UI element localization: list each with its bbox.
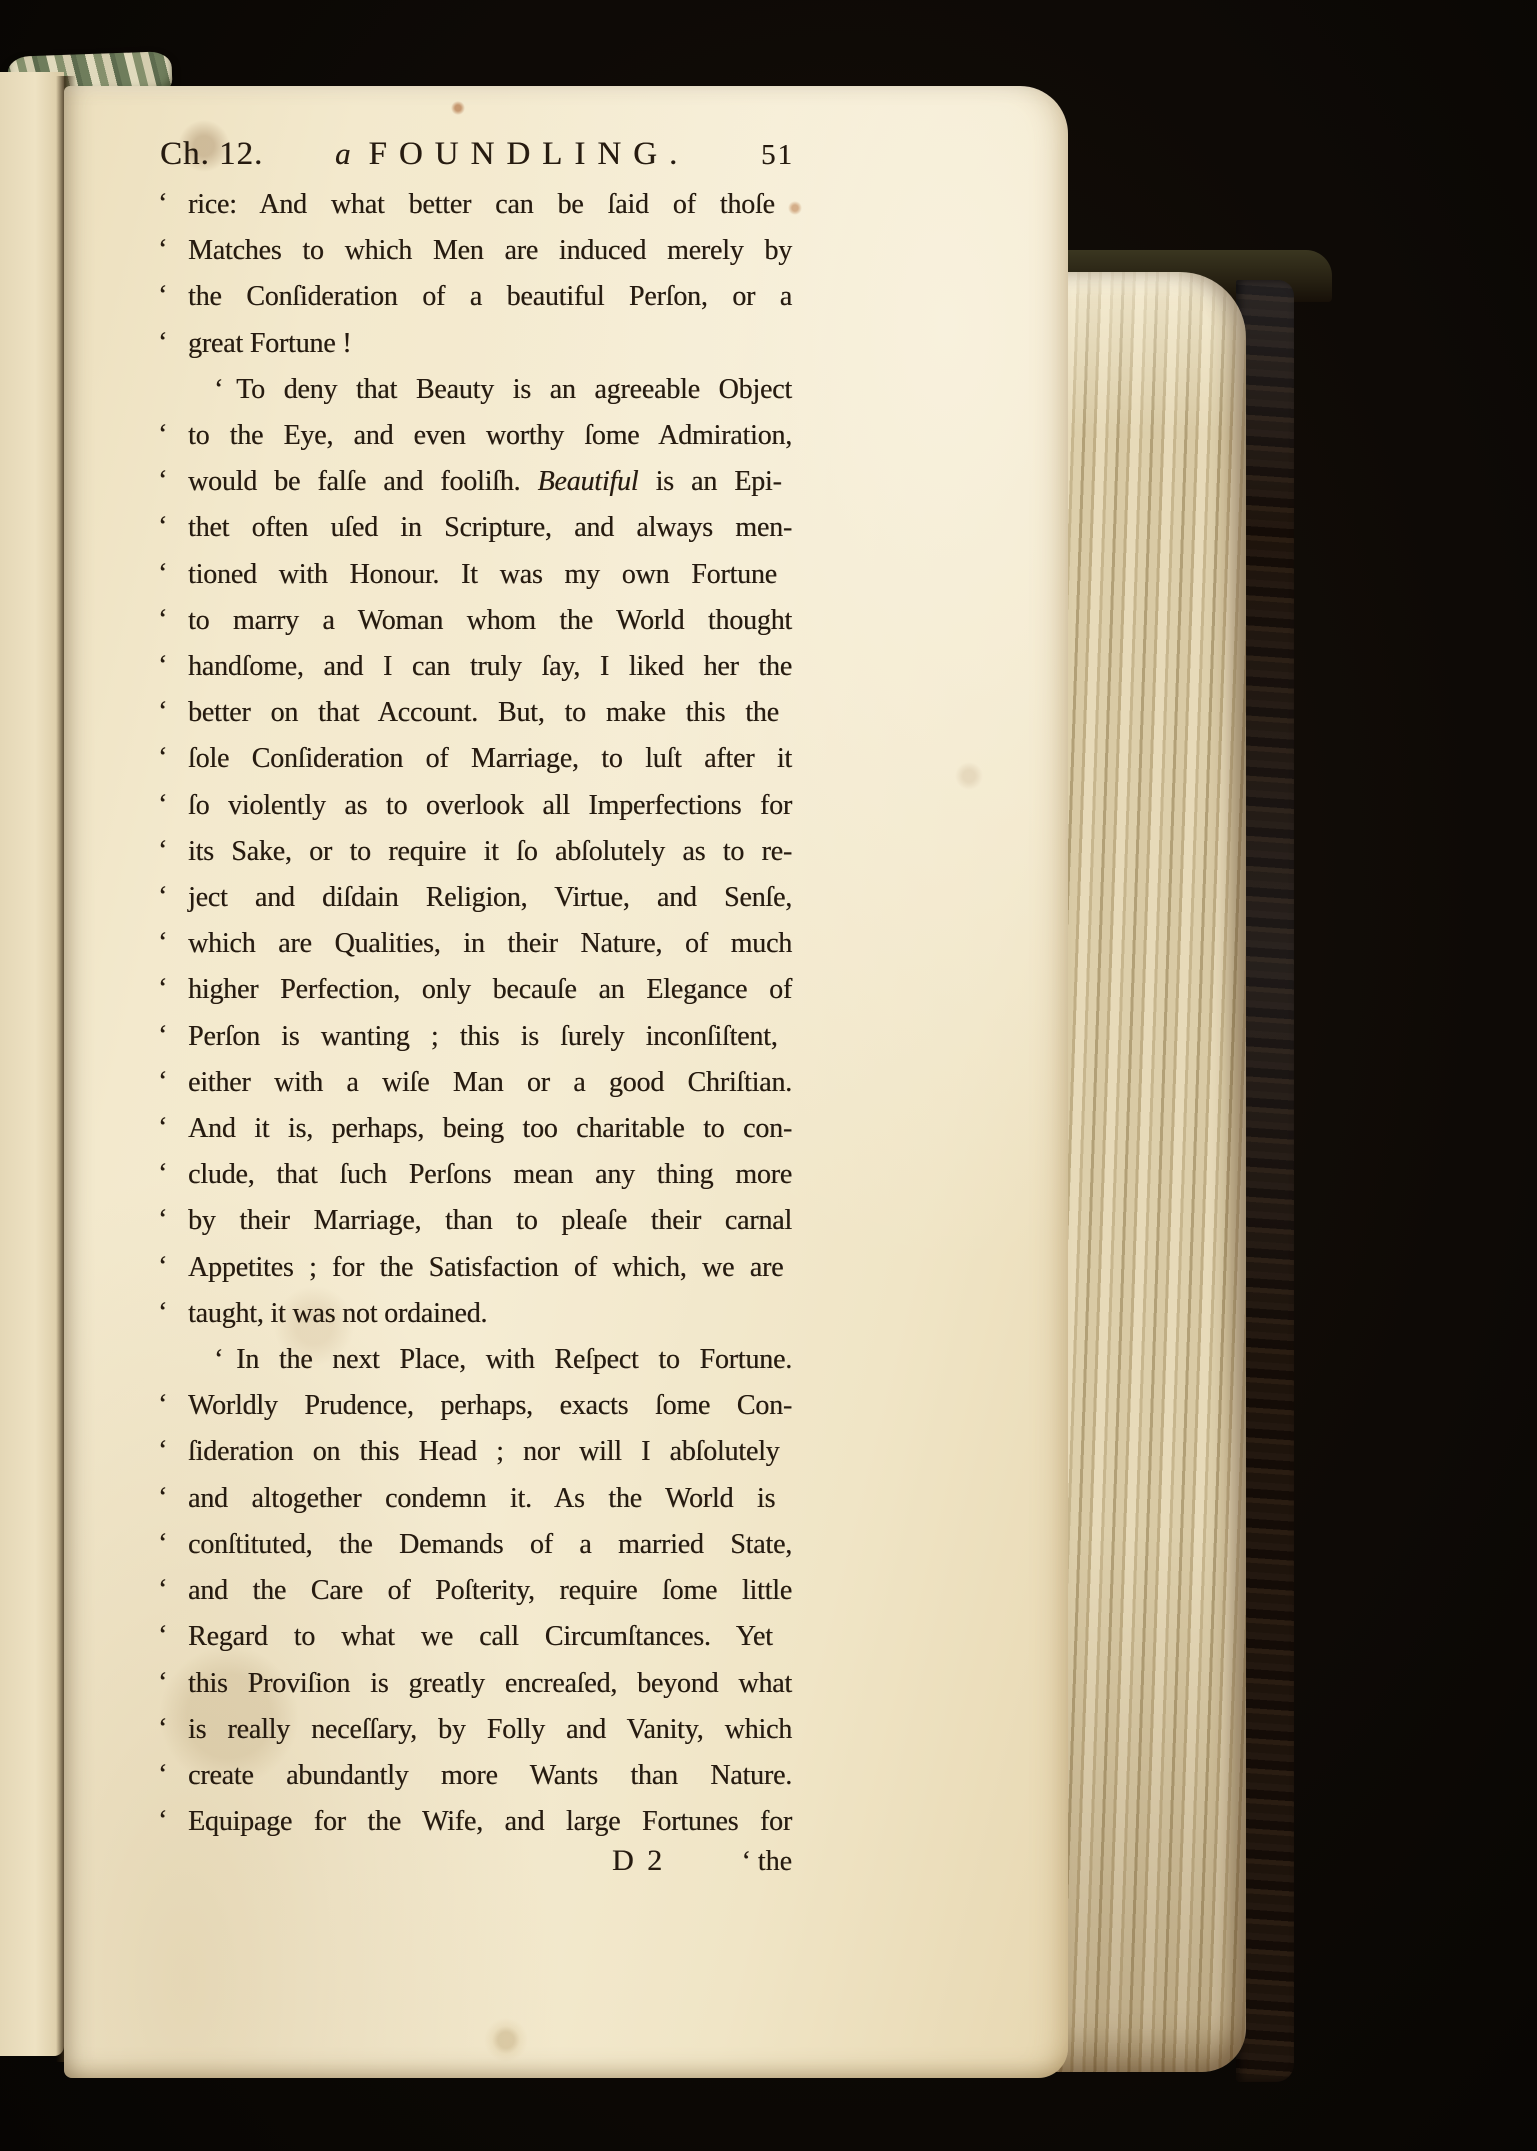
text-line-content: either with a wiſe Man or a good Chriſti… [188, 1067, 792, 1098]
text-line: ‘and the Care of Poſterity, require ſome… [188, 1568, 792, 1614]
text-line: ‘In the next Place, with Reſpect to Fort… [188, 1337, 792, 1383]
text-line: ‘ject and diſdain Religion, Virtue, and … [188, 875, 792, 921]
quote-mark: ‘ [158, 504, 167, 550]
text-line-content: to the Eye, and even worthy ſome Admirat… [188, 420, 792, 451]
catchword: ‘ the [741, 1846, 792, 1878]
text-line-content: taught, it was not ordained. [188, 1298, 487, 1329]
quote-mark: ‘ [158, 735, 167, 781]
quote-mark: ‘ [158, 458, 167, 504]
quote-mark: ‘ [158, 320, 167, 366]
facing-page-sliver [0, 72, 64, 2056]
text-line: ‘ſideration on this Head ; nor will I ab… [188, 1429, 792, 1475]
running-title-prefix: a [335, 136, 351, 171]
text-line: ‘clude, that ſuch Perſons mean any thing… [188, 1152, 792, 1198]
text-line: ‘Equipage for the Wife, and large Fortun… [188, 1799, 792, 1845]
text-line-content: great Fortune ! [188, 328, 351, 359]
quote-mark: ‘ [158, 1290, 167, 1336]
text-line-content: rice: And what better can be ſaid of tho… [188, 189, 775, 220]
running-title-caps: FOUNDLING. [369, 136, 690, 172]
text-line-content: and altogether condemn it. As the World … [188, 1483, 775, 1514]
text-line-content: its Sake, or to require it ſo abſolutely… [188, 836, 792, 867]
quote-mark: ‘ [158, 1613, 167, 1659]
text-line-content: Worldly Prudence, perhaps, exacts ſome C… [188, 1390, 792, 1421]
text-line-content: Perſon is wanting ; this is ſurely incon… [188, 1021, 778, 1052]
text-line-content: to marry a Woman whom the World thought [188, 605, 792, 636]
text-line: ‘its Sake, or to require it ſo abſolutel… [188, 829, 792, 875]
text-line-content: this Proviſion is greatly encreaſed, bey… [188, 1668, 792, 1699]
text-line-content: clude, that ſuch Perſons mean any thing … [188, 1159, 792, 1190]
text-line: ‘would be falſe and fooliſh. Beautiful i… [188, 459, 792, 505]
text-line-content: and the Care of Poſterity, require ſome … [188, 1575, 792, 1606]
text-line-content: would be falſe and fooliſh. Beautiful is… [188, 466, 782, 497]
text-line: ‘rice: And what better can be ſaid of th… [188, 182, 792, 228]
quote-mark: ‘ [158, 1382, 167, 1428]
text-line: ‘by their Marriage, than to pleaſe their… [188, 1198, 792, 1244]
quote-mark: ‘ [158, 551, 167, 597]
text-line: ‘and altogether condemn it. As the World… [188, 1476, 792, 1522]
text-line-content: ſole Conſideration of Marriage, to luſt … [188, 743, 792, 774]
quote-mark: ‘ [158, 689, 167, 735]
text-line-content: conſtituted, the Demands of a married St… [188, 1529, 792, 1560]
text-line: ‘conſtituted, the Demands of a married S… [188, 1522, 792, 1568]
text-line: ‘thet often uſed in Scripture, and alway… [188, 505, 792, 551]
quote-mark: ‘ [214, 1344, 223, 1375]
quote-mark: ‘ [158, 1567, 167, 1613]
text-line: ‘either with a wiſe Man or a good Chriſt… [188, 1060, 792, 1106]
quote-mark: ‘ [158, 1105, 167, 1151]
text-line-content: In the next Place, with Reſpect to Fortu… [236, 1344, 792, 1375]
text-line: ‘taught, it was not ordained. [188, 1291, 792, 1337]
quote-mark: ‘ [158, 643, 167, 689]
text-line: ‘To deny that Beauty is an agreeable Obj… [188, 367, 792, 413]
book-photo: Ch. 12. aFOUNDLING. 51 ‘rice: And what b… [0, 0, 1537, 2151]
text-line-content: Equipage for the Wife, and large Fortune… [188, 1806, 792, 1837]
text-line: ‘Regard to what we call Circumſtances. Y… [188, 1614, 792, 1660]
quote-mark: ‘ [158, 227, 167, 273]
signature-mark: D 2 [612, 1844, 665, 1878]
quote-mark: ‘ [158, 782, 167, 828]
text-line-content: better on that Account. But, to make thi… [188, 697, 779, 728]
text-line-content: the Conſideration of a beautiful Perſon,… [188, 281, 792, 312]
text-line-content: tioned with Honour. It was my own Fortun… [188, 559, 777, 590]
page-text: ‘rice: And what better can be ſaid of th… [188, 182, 792, 1845]
quote-mark: ‘ [158, 412, 167, 458]
quote-mark: ‘ [158, 1706, 167, 1752]
text-line: ‘is really neceſſary, by Folly and Vanit… [188, 1707, 792, 1753]
quote-mark: ‘ [158, 966, 167, 1012]
quote-mark: ‘ [158, 181, 167, 227]
text-line-content: Matches to which Men are induced merely … [188, 235, 792, 266]
text-line-content: create abundantly more Wants than Nature… [188, 1760, 792, 1791]
text-line: ‘to the Eye, and even worthy ſome Admira… [188, 413, 792, 459]
quote-mark: ‘ [158, 273, 167, 319]
text-line: ‘ſole Conſideration of Marriage, to luſt… [188, 736, 792, 782]
text-line-content: is really neceſſary, by Folly and Vanity… [188, 1714, 792, 1745]
text-line: ‘better on that Account. But, to make th… [188, 690, 792, 736]
text-line: ‘Matches to which Men are induced merely… [188, 228, 792, 274]
text-line-content: by their Marriage, than to pleaſe their … [188, 1205, 792, 1236]
quote-mark: ‘ [158, 1752, 167, 1798]
quote-mark: ‘ [158, 1059, 167, 1105]
text-line: ‘Worldly Prudence, perhaps, exacts ſome … [188, 1383, 792, 1429]
text-line: ‘which are Qualities, in their Nature, o… [188, 921, 792, 967]
quote-mark: ‘ [158, 1013, 167, 1059]
text-line: ‘ſo violently as to overlook all Imperfe… [188, 783, 792, 829]
quote-mark: ‘ [158, 1798, 167, 1844]
quote-mark: ‘ [158, 597, 167, 643]
text-line-content: handſome, and I can truly ſay, I liked h… [188, 651, 792, 682]
quote-mark: ‘ [158, 1197, 167, 1243]
text-line: ‘handſome, and I can truly ſay, I liked … [188, 644, 792, 690]
quote-mark: ‘ [158, 1521, 167, 1567]
text-line-content: thet often uſed in Scripture, and always… [188, 512, 792, 543]
text-line-content: which are Qualities, in their Nature, of… [188, 928, 792, 959]
page-header: Ch. 12. aFOUNDLING. 51 [160, 136, 794, 184]
quote-mark: ‘ [158, 920, 167, 966]
quote-mark: ‘ [158, 828, 167, 874]
text-line-content: Appetites ; for the Satisfaction of whic… [188, 1252, 783, 1283]
text-line: ‘create abundantly more Wants than Natur… [188, 1753, 792, 1799]
text-line-content: ject and diſdain Religion, Virtue, and S… [188, 882, 792, 913]
page-number: 51 [761, 139, 794, 172]
text-line-content: Regard to what we call Circumſtances. Ye… [188, 1621, 773, 1652]
text-line-content: To deny that Beauty is an agreeable Obje… [236, 374, 792, 405]
text-line: ‘Appetites ; for the Satisfaction of whi… [188, 1245, 792, 1291]
quote-mark: ‘ [214, 374, 223, 405]
page-footer: D 2 ‘ the [188, 1844, 792, 1896]
text-line: ‘tioned with Honour. It was my own Fortu… [188, 552, 792, 598]
chapter-label: Ch. 12. [160, 136, 263, 173]
running-title: aFOUNDLING. [335, 136, 689, 173]
text-line: ‘higher Perfection, only becauſe an Eleg… [188, 967, 792, 1013]
quote-mark: ‘ [158, 1428, 167, 1474]
text-line: ‘the Conſideration of a beautiful Perſon… [188, 274, 792, 320]
quote-mark: ‘ [158, 1151, 167, 1197]
text-line-content: And it is, perhaps, being too charitable… [188, 1113, 792, 1144]
text-line: ‘And it is, perhaps, being too charitabl… [188, 1106, 792, 1152]
text-line-content: higher Perfection, only becauſe an Elega… [188, 974, 792, 1005]
quote-mark: ‘ [158, 874, 167, 920]
text-line: ‘Perſon is wanting ; this is ſurely inco… [188, 1014, 792, 1060]
text-line: ‘great Fortune ! [188, 321, 792, 367]
text-line-content: ſo violently as to overlook all Imperfec… [188, 790, 792, 821]
text-line: ‘this Proviſion is greatly encreaſed, be… [188, 1661, 792, 1707]
text-line-content: ſideration on this Head ; nor will I abſ… [188, 1436, 780, 1467]
quote-mark: ‘ [158, 1475, 167, 1521]
quote-mark: ‘ [158, 1660, 167, 1706]
text-line: ‘to marry a Woman whom the World thought [188, 598, 792, 644]
book-page: Ch. 12. aFOUNDLING. 51 ‘rice: And what b… [64, 86, 1068, 2078]
quote-mark: ‘ [158, 1244, 167, 1290]
